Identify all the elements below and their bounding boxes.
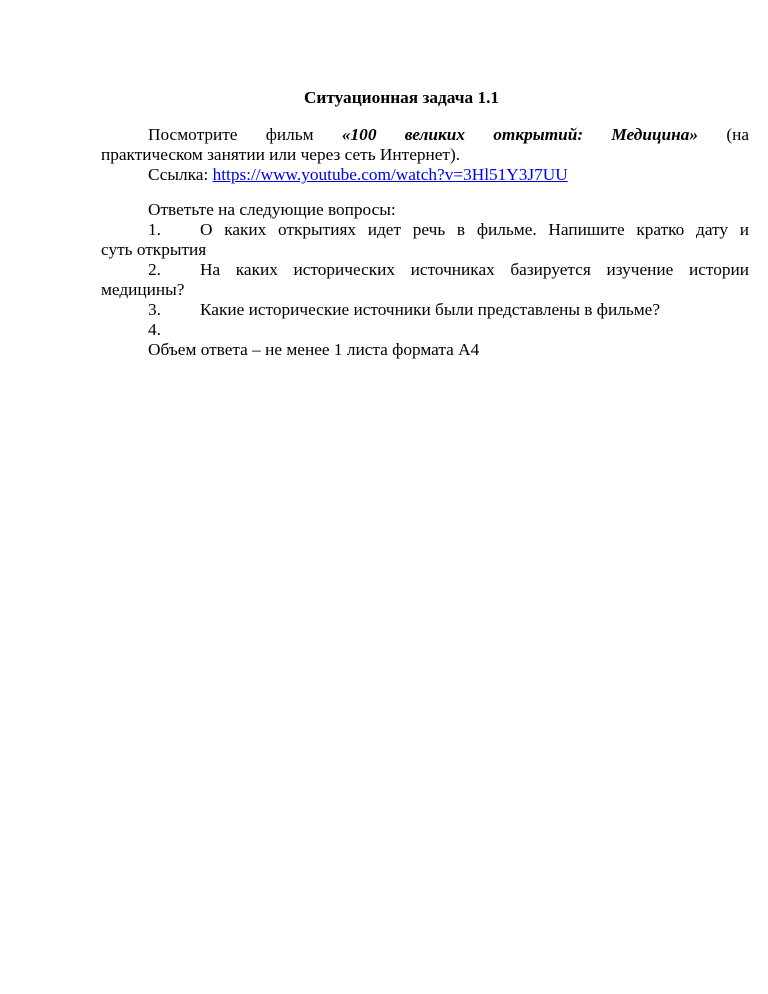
- question-2-cont: медицины?: [101, 280, 702, 300]
- link-line: Ссылка: https://www.youtube.com/watch?v=…: [101, 165, 749, 185]
- question-4: 4.: [101, 320, 749, 340]
- volume-note: Объем ответа – не менее 1 листа формата …: [101, 340, 749, 360]
- question-3: 3.Какие исторические источники были пред…: [101, 300, 749, 320]
- question-number: 1.: [148, 220, 200, 240]
- question-2: 2.На каких исторических источниках базир…: [101, 260, 749, 280]
- film-title: «100 великих открытий: Медицина»: [342, 125, 698, 144]
- question-number: 2.: [148, 260, 200, 280]
- link-label: Ссылка:: [148, 165, 208, 184]
- intro-line-1: Посмотрите фильм «100 великих открытий: …: [101, 125, 749, 145]
- intro-line-2: практическом занятии или через сеть Инте…: [101, 145, 702, 165]
- question-text: Какие исторические источники были предст…: [200, 300, 660, 319]
- intro-text-end: (на: [726, 125, 749, 144]
- question-number: 3.: [148, 300, 200, 320]
- question-text: На каких исторических источниках базируе…: [200, 260, 749, 279]
- youtube-link[interactable]: https://www.youtube.com/watch?v=3Hl51Y3J…: [213, 165, 568, 184]
- question-text: О каких открытиях идет речь в фильме. На…: [200, 220, 749, 239]
- question-number: 4.: [148, 320, 200, 340]
- questions-heading: Ответьте на следующие вопросы:: [101, 200, 749, 220]
- question-1: 1.О каких открытиях идет речь в фильме. …: [101, 220, 749, 240]
- intro-text: Посмотрите фильм: [148, 125, 314, 144]
- document-title: Ситуационная задача 1.1: [101, 88, 702, 108]
- question-1-cont: суть открытия: [101, 240, 702, 260]
